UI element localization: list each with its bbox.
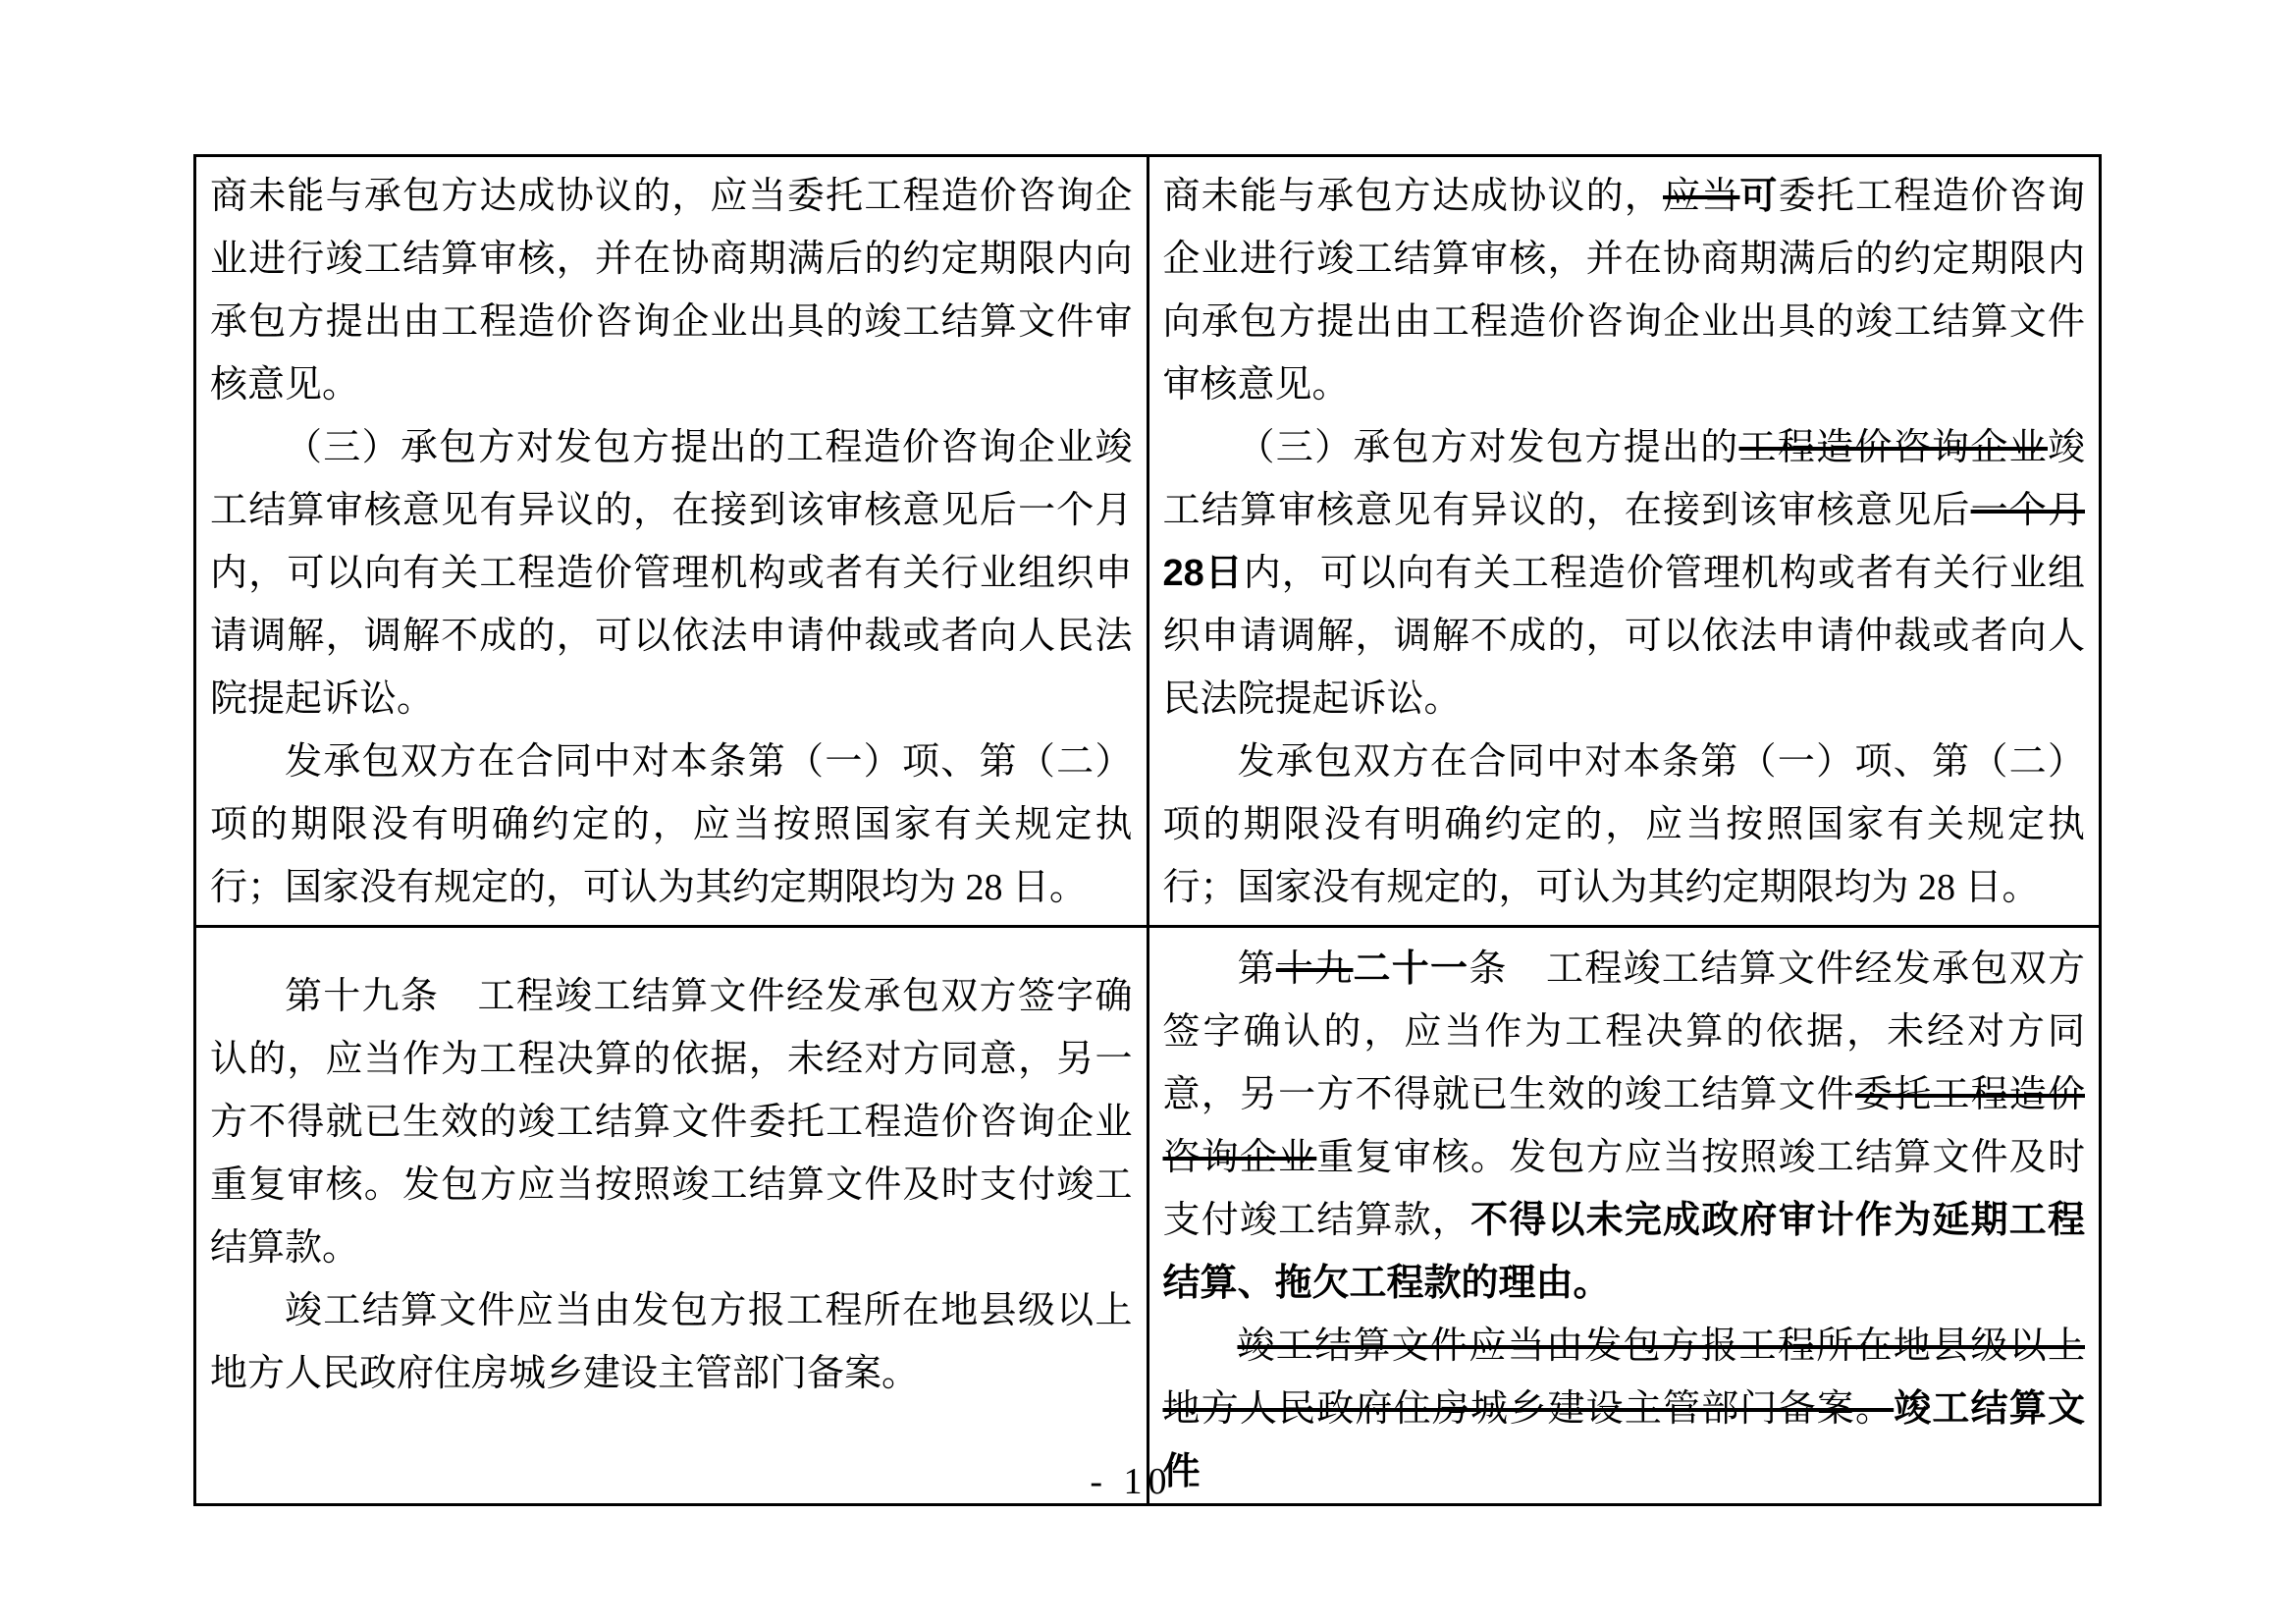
deleted-text: 工程造价咨询企业 bbox=[1739, 427, 2048, 468]
cell-old-version-row1: 商未能与承包方达成协议的，应当委托工程造价咨询企业进行竣工结算审核，并在协商期满… bbox=[195, 156, 1148, 927]
text-run: 内，可以向有关工程造价管理机构或者有关行业组织申请调解，调解不成的，可以依法申请… bbox=[1163, 553, 2086, 720]
paragraph: 发承包双方在合同中对本条第（一）项、第（二）项的期限没有明确约定的，应当按照国家… bbox=[1163, 731, 2086, 919]
inserted-text: 二十一 bbox=[1353, 948, 1468, 990]
deleted-text: 一个月 bbox=[1971, 490, 2085, 531]
text-run: （三）承包方对发包方提出的 bbox=[1238, 427, 1739, 468]
cell-new-version-row1: 商未能与承包方达成协议的，应当可委托工程造价咨询企业进行竣工结算审核，并在协商期… bbox=[1148, 156, 2101, 927]
paragraph: 第十九二十一条 工程竣工结算文件经发承包双方签字确认的，应当作为工程决算的依据，… bbox=[1163, 938, 2086, 1315]
text-run: 发承包双方在合同中对本条第（一）项、第（二）项的期限没有明确约定的，应当按照国家… bbox=[1163, 741, 2086, 908]
text-run: 第十九条 工程竣工结算文件经发承包双方签字确认的，应当作为工程决算的依据，未经对… bbox=[210, 976, 1133, 1269]
text-run: （三）承包方对发包方提出的工程造价咨询企业竣工结算审核意见有异议的，在接到该审核… bbox=[210, 427, 1133, 720]
paragraph: 商未能与承包方达成协议的，应当委托工程造价咨询企业进行竣工结算审核，并在协商期满… bbox=[210, 165, 1133, 416]
inserted-text: 28日 bbox=[1163, 553, 1244, 594]
cell-old-version-row2: 第十九条 工程竣工结算文件经发承包双方签字确认的，应当作为工程决算的依据，未经对… bbox=[195, 927, 1148, 1505]
paragraph: 竣工结算文件应当由发包方报工程所在地县级以上地方人民政府住房城乡建设主管部门备案… bbox=[210, 1279, 1133, 1405]
table-row: 商未能与承包方达成协议的，应当委托工程造价咨询企业进行竣工结算审核，并在协商期满… bbox=[195, 156, 2101, 927]
deleted-text: 十九 bbox=[1276, 948, 1354, 990]
paragraph: （三）承包方对发包方提出的工程造价咨询企业竣工结算审核意见有异议的，在接到该审核… bbox=[1163, 416, 2086, 731]
inserted-text: 可 bbox=[1739, 176, 1778, 217]
paragraph: （三）承包方对发包方提出的工程造价咨询企业竣工结算审核意见有异议的，在接到该审核… bbox=[210, 416, 1133, 731]
text-run: 商未能与承包方达成协议的， bbox=[1163, 176, 1664, 217]
paragraph: 第十九条 工程竣工结算文件经发承包双方签字确认的，应当作为工程决算的依据，未经对… bbox=[210, 965, 1133, 1279]
paragraph: 发承包双方在合同中对本条第（一）项、第（二）项的期限没有明确约定的，应当按照国家… bbox=[210, 731, 1133, 919]
document-page: 商未能与承包方达成协议的，应当委托工程造价咨询企业进行竣工结算审核，并在协商期满… bbox=[0, 0, 2296, 1624]
deleted-text: 应当 bbox=[1663, 176, 1739, 217]
table-row: 第十九条 工程竣工结算文件经发承包双方签字确认的，应当作为工程决算的依据，未经对… bbox=[195, 927, 2101, 1505]
text-run: 发承包双方在合同中对本条第（一）项、第（二）项的期限没有明确约定的，应当按照国家… bbox=[210, 741, 1133, 908]
text-run: 竣工结算文件应当由发包方报工程所在地县级以上地方人民政府住房城乡建设主管部门备案… bbox=[210, 1290, 1133, 1394]
cell-new-version-row2: 第十九二十一条 工程竣工结算文件经发承包双方签字确认的，应当作为工程决算的依据，… bbox=[1148, 927, 2101, 1505]
comparison-table: 商未能与承包方达成协议的，应当委托工程造价咨询企业进行竣工结算审核，并在协商期满… bbox=[193, 154, 2102, 1506]
paragraph: 商未能与承包方达成协议的，应当可委托工程造价咨询企业进行竣工结算审核，并在协商期… bbox=[1163, 165, 2086, 416]
text-run: 第 bbox=[1238, 948, 1276, 990]
text-run: 商未能与承包方达成协议的，应当委托工程造价咨询企业进行竣工结算审核，并在协商期满… bbox=[210, 176, 1133, 406]
page-number: - 10 - bbox=[0, 1460, 2296, 1503]
